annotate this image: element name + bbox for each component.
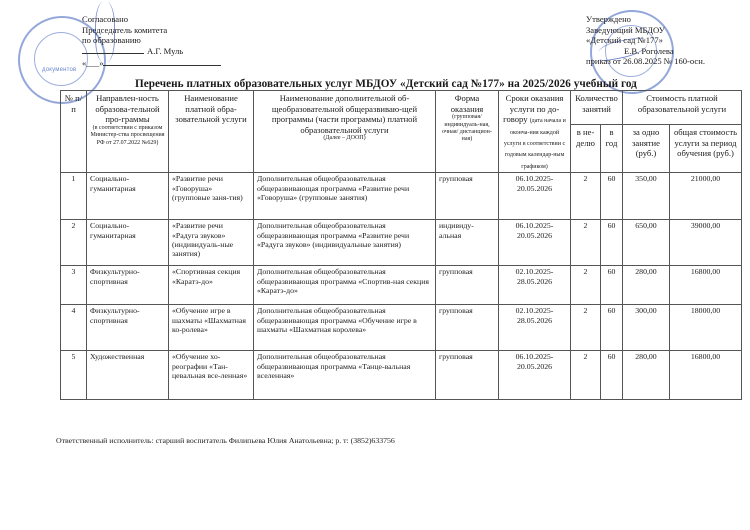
header-terms-note: (дата начала и оконча-ния каждой услуги … (504, 118, 566, 170)
approval-block-left: Согласовано Председатель комитета по обр… (82, 14, 221, 69)
approval-left-date-prefix: «___» (82, 58, 103, 68)
cell-num: 2 (61, 220, 87, 266)
header-cost-per-lesson: за одно занятие (руб.) (623, 124, 670, 172)
header-terms: Сроки оказания услуги по до-говору (дата… (499, 91, 571, 173)
table-row: 3Физкультурно-спортивная«Спортивная секц… (61, 266, 742, 305)
table-row: 2Социально-гуманитарная«Развитие речи «Р… (61, 220, 742, 266)
header-direction: Направлен-ность образова-тельной про-гра… (87, 91, 169, 173)
cell-direction: Художественная (87, 351, 169, 400)
cell-per-year: 60 (601, 173, 623, 220)
approval-left-position: Председатель комитета (82, 25, 221, 36)
header-per-year: в год (601, 124, 623, 172)
approval-right-organization: «Детский сад №177» (586, 35, 705, 46)
approval-right-signer: Е.В. Роголева (586, 46, 705, 57)
cell-form: индивиду-альная (436, 220, 499, 266)
signature-underline (82, 53, 144, 54)
header-form-label: Форма оказания (451, 93, 484, 114)
document-title: Перечень платных образовательных услуг М… (135, 78, 637, 90)
cell-form: групповая (436, 266, 499, 305)
cell-cost-per-lesson: 280,00 (623, 351, 670, 400)
cell-form: групповая (436, 173, 499, 220)
table-row: 1Социально-гуманитарная«Развитие речи «Г… (61, 173, 742, 220)
cell-form: групповая (436, 351, 499, 400)
cell-direction: Физкультурно-спортивная (87, 305, 169, 351)
cell-cost-total: 39000,00 (670, 220, 742, 266)
cell-service: «Спортивная секция «Каратэ-до» (169, 266, 254, 305)
cell-per-week: 2 (571, 351, 601, 400)
header-num: № п/п (61, 91, 87, 173)
table-body: 1Социально-гуманитарная«Развитие речи «Г… (61, 173, 742, 400)
cell-cost-per-lesson: 280,00 (623, 266, 670, 305)
cell-program: Дополнительная общеобразовательная общер… (254, 173, 436, 220)
cell-terms: 06.10.2025-20.05.2026 (499, 351, 571, 400)
header-cost: Стоимость платной образовательной услуги (623, 91, 742, 125)
cell-cost-total: 16800,00 (670, 351, 742, 400)
cell-per-year: 60 (601, 266, 623, 305)
cell-direction: Физкультурно-спортивная (87, 266, 169, 305)
cell-cost-per-lesson: 300,00 (623, 305, 670, 351)
cell-service: «Обучение игре в шахматы «Шахматная ко-р… (169, 305, 254, 351)
cell-per-week: 2 (571, 220, 601, 266)
cell-cost-total: 16800,00 (670, 266, 742, 305)
table-header-row-1: № п/п Направлен-ность образова-тельной п… (61, 91, 742, 125)
header-form-note: (групповая/ индивидуаль-ная, очная/ дист… (439, 114, 495, 144)
cell-per-week: 2 (571, 305, 601, 351)
cell-program: Дополнительная общеобразовательная общер… (254, 351, 436, 400)
header-program-label: Наименование дополнительной об-щеобразов… (272, 93, 417, 135)
services-table: № п/п Направлен-ность образова-тельной п… (60, 90, 742, 400)
header-lessons-count: Количество занятий (571, 91, 623, 125)
cell-num: 1 (61, 173, 87, 220)
stamp-left-label: документов (42, 67, 76, 73)
header-direction-note: (в соответствии с приказом Министер-ства… (90, 125, 165, 147)
cell-terms: 06.10.2025-20.05.2026 (499, 173, 571, 220)
cell-service: «Обучение хо-реографии «Тан-цевальная вс… (169, 351, 254, 400)
cell-num: 3 (61, 266, 87, 305)
cell-service: «Развитие речи «Радуга звуков» (индивиду… (169, 220, 254, 266)
cell-cost-total: 21000,00 (670, 173, 742, 220)
cell-form: групповая (436, 305, 499, 351)
header-form: Форма оказания (групповая/ индивидуаль-н… (436, 91, 499, 173)
cell-per-year: 60 (601, 220, 623, 266)
header-direction-label: Направлен-ность образова-тельной про-гра… (95, 93, 159, 124)
cell-cost-total: 18000,00 (670, 305, 742, 351)
cell-direction: Социально-гуманитарная (87, 173, 169, 220)
cell-cost-per-lesson: 350,00 (623, 173, 670, 220)
header-cost-total: общая стоимость услуги за период обучени… (670, 124, 742, 172)
header-per-week: в не-делю (571, 124, 601, 172)
approval-left-date-line: «___» (82, 56, 221, 69)
approval-left-signature-line: А.Г. Муль (82, 46, 221, 57)
approval-left-signer: А.Г. Муль (147, 46, 183, 56)
cell-num: 4 (61, 305, 87, 351)
date-underline (103, 56, 221, 66)
cell-service: «Развитие речи «Говоруша» (групповые зан… (169, 173, 254, 220)
cell-per-year: 60 (601, 305, 623, 351)
cell-per-week: 2 (571, 266, 601, 305)
cell-program: Дополнительная общеобразовательная общер… (254, 305, 436, 351)
table-row: 5Художественная«Обучение хо-реографии «Т… (61, 351, 742, 400)
responsible-person-note: Ответственный исполнитель: старший воспи… (56, 436, 395, 445)
header-program-note: (Далее – ДООП) (257, 135, 432, 142)
cell-terms: 06.10.2025-20.05.2026 (499, 220, 571, 266)
approval-right-heading: Утверждено (586, 14, 705, 25)
table-row: 4Физкультурно-спортивная«Обучение игре в… (61, 305, 742, 351)
cell-cost-per-lesson: 650,00 (623, 220, 670, 266)
header-service-name: Наименование платной обра-зовательной ус… (169, 91, 254, 173)
cell-per-week: 2 (571, 173, 601, 220)
approval-block-right: Утверждено Заведующий МБДОУ «Детский сад… (586, 14, 705, 67)
cell-program: Дополнительная общеобразовательная общер… (254, 220, 436, 266)
cell-num: 5 (61, 351, 87, 400)
cell-direction: Социально-гуманитарная (87, 220, 169, 266)
approval-left-department: по образованию (82, 35, 221, 46)
header-program-name: Наименование дополнительной об-щеобразов… (254, 91, 436, 173)
approval-left-heading: Согласовано (82, 14, 221, 25)
cell-per-year: 60 (601, 351, 623, 400)
approval-right-order: приказ от 26.08.2025 № 160-осн. (586, 56, 705, 67)
cell-terms: 02.10.2025-28.05.2026 (499, 266, 571, 305)
cell-program: Дополнительная общеобразовательная общер… (254, 266, 436, 305)
approval-right-position: Заведующий МБДОУ (586, 25, 705, 36)
cell-terms: 02.10.2025-28.05.2026 (499, 305, 571, 351)
